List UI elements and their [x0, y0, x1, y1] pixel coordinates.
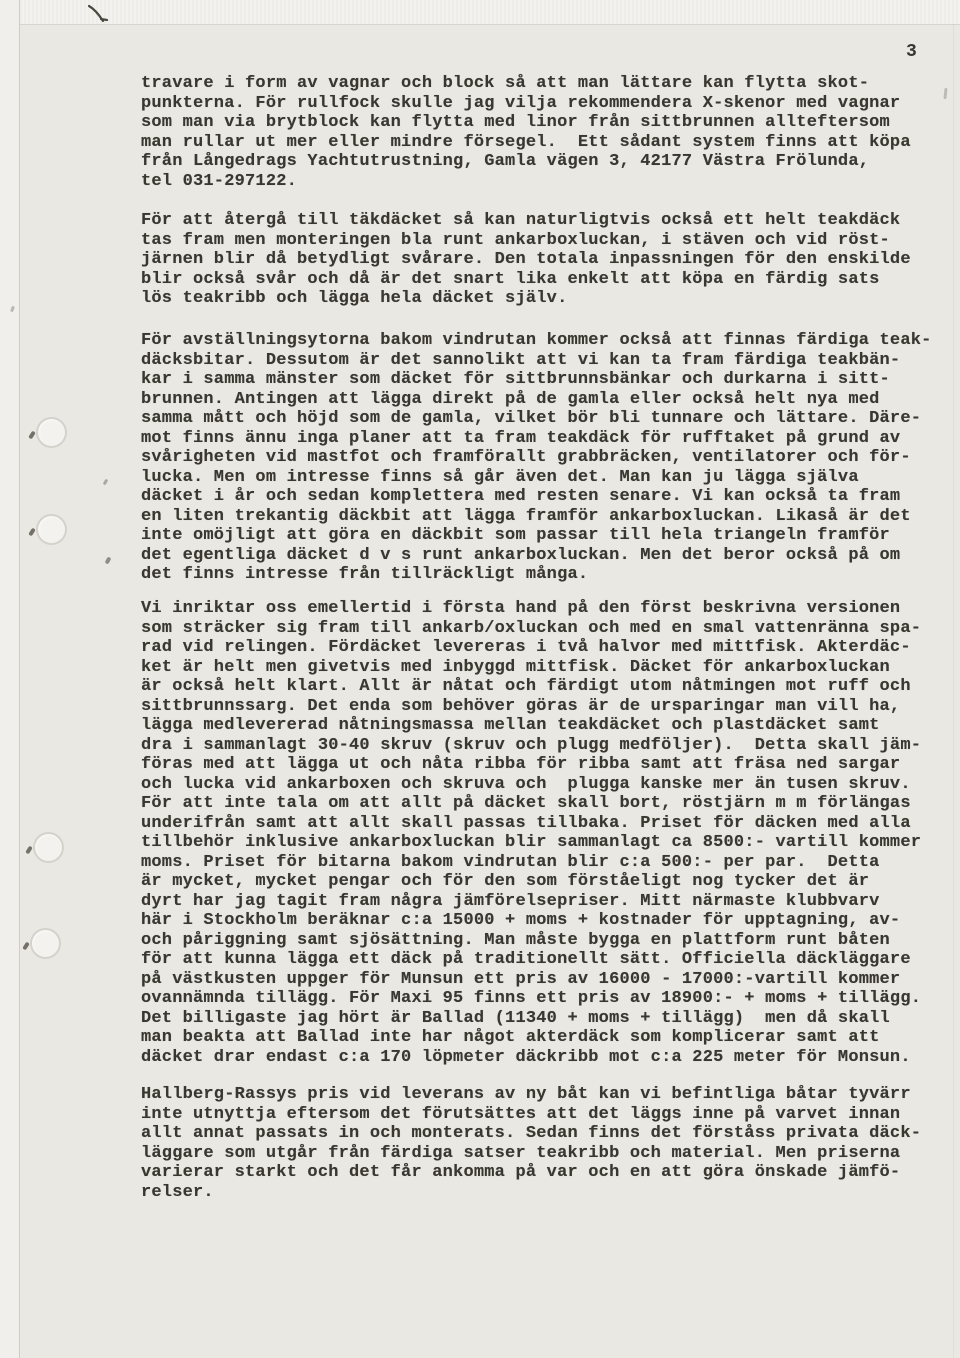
typewritten-text-block: travare i form av vagnar och block så at…: [0, 0, 960, 1358]
text-line: och påriggning samt sjösättning. Man mås…: [141, 931, 921, 951]
text-line: det finns intresse från tillräckligt mån…: [141, 565, 932, 585]
text-line: ovannämnda tillägg. För Maxi 95 finns et…: [141, 989, 921, 1009]
text-line: tillbehör inklusive ankarboxluckan blir …: [141, 833, 921, 853]
text-line: föras med att lägga ut och nåta ribba fö…: [141, 755, 921, 775]
paragraph: travare i form av vagnar och block så at…: [141, 74, 911, 191]
text-line: tel 031-297122.: [141, 172, 911, 192]
text-line: läggare som utgår från färdiga satser te…: [141, 1144, 921, 1164]
text-line: är mycket, mycket pengar och för den som…: [141, 872, 921, 892]
text-line: dyrt har jag tagit fram några jämförelse…: [141, 892, 921, 912]
text-line: Hallberg-Rassys pris vid leverans av ny …: [141, 1085, 921, 1105]
text-line: lucka. Men om intresse finns så går även…: [141, 468, 932, 488]
text-line: blir också svår och då är det snart lika…: [141, 270, 911, 290]
text-line: lös teakribb och lägga hela däcket själv…: [141, 289, 911, 309]
text-line: som sträcker sig fram till ankarb/oxluck…: [141, 619, 921, 639]
paragraph: Hallberg-Rassys pris vid leverans av ny …: [141, 1085, 921, 1202]
text-line: på västkusten uppger för Munsun ett pris…: [141, 970, 921, 990]
text-line: mot finns ännu inga planer att ta fram t…: [141, 429, 932, 449]
text-line: inte omöjligt att göra en däckbit som pa…: [141, 526, 932, 546]
text-line: är också helt klart. Allt är nåtat och f…: [141, 677, 921, 697]
text-line: däcket i år och sedan komplettera med re…: [141, 487, 932, 507]
text-line: Det billigaste jag hört är Ballad (11340…: [141, 1009, 921, 1029]
paragraph: Vi inriktar oss emellertid i första hand…: [141, 599, 921, 1067]
text-line: Vi inriktar oss emellertid i första hand…: [141, 599, 921, 619]
scanned-document-page: 3 travare i form av vagnar och block så …: [0, 0, 960, 1358]
text-line: rad vid relingen. Fördäcket levereras i …: [141, 638, 921, 658]
text-line: däcket drar endast c:a 170 löpmeter däck…: [141, 1048, 921, 1068]
text-line: däcksbitar. Dessutom är det sannolikt at…: [141, 351, 932, 371]
text-line: kar i samma mänster som däcket för sittb…: [141, 370, 932, 390]
text-line: samma mått och höjd som de gamla, vilket…: [141, 409, 932, 429]
text-line: det egentliga däcket d v s runt ankarbox…: [141, 546, 932, 566]
text-line: som man via brytblock kan flytta med lin…: [141, 113, 911, 133]
text-line: man rullar ut mer eller mindre försegel.…: [141, 133, 911, 153]
text-line: och lucka vid ankarboxen och skruva och …: [141, 775, 921, 795]
text-line: underifrån samt att allt skall passas ti…: [141, 814, 921, 834]
text-line: dra i sammanlagt 30-40 skruv (skruv och …: [141, 736, 921, 756]
text-line: ket är helt men givetvis med inbyggd mit…: [141, 658, 921, 678]
text-line: För att återgå till täkdäcket så kan nat…: [141, 211, 911, 231]
text-line: allt annat passats in och monterats. Sed…: [141, 1124, 921, 1144]
text-line: för att kunna lägga ett däck på traditio…: [141, 950, 921, 970]
text-line: man beakta att Ballad inte har något akt…: [141, 1028, 921, 1048]
text-line: svårigheten vid mastfot och framförallt …: [141, 448, 932, 468]
text-line: tas fram men monteringen bla runt ankarb…: [141, 231, 911, 251]
text-line: relser.: [141, 1183, 921, 1203]
text-line: punkterna. För rullfock skulle jag vilja…: [141, 94, 911, 114]
text-line: moms. Priset för bitarna bakom vindrutan…: [141, 853, 921, 873]
text-line: travare i form av vagnar och block så at…: [141, 74, 911, 94]
text-line: här i Stockholm beräknar c:a 15000 + mom…: [141, 911, 921, 931]
text-line: järnen blir då betydligt svårare. Den to…: [141, 250, 911, 270]
paragraph: För avställningsytorna bakom vindrutan k…: [141, 331, 932, 585]
text-line: brunnen. Antingen att lägga direkt på de…: [141, 390, 932, 410]
text-line: För avställningsytorna bakom vindrutan k…: [141, 331, 932, 351]
text-line: inte utnyttja eftersom det förutsättes a…: [141, 1105, 921, 1125]
text-line: från Långedrags Yachtutrustning, Gamla v…: [141, 152, 911, 172]
paragraph: För att återgå till täkdäcket så kan nat…: [141, 211, 911, 309]
text-line: en liten trekantig däckbit att lägga fra…: [141, 507, 932, 527]
text-line: lägga medlevererad nåtningsmassa mellan …: [141, 716, 921, 736]
text-line: varierar starkt och det får ankomma på v…: [141, 1163, 921, 1183]
text-line: sittbrunnssarg. Det enda som behöver gör…: [141, 697, 921, 717]
text-line: För att inte tala om att allt på däcket …: [141, 794, 921, 814]
